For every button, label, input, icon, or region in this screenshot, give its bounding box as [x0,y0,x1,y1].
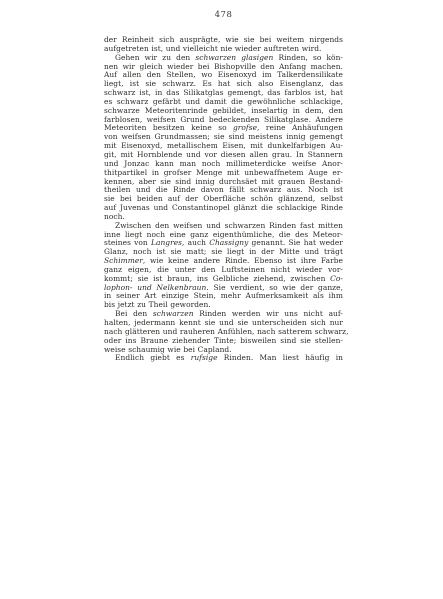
italic-text: schwarzen glasigen [195,53,273,62]
italic-text: grofse [233,123,257,132]
book-page: 478 der Reinheit sich ausprägte, wie sie… [0,0,443,599]
italic-text: Co- [330,274,343,283]
text-line: Endlich giebt es rufsige Rinden. Man lie… [104,354,343,363]
italic-text: rufsige [191,353,218,362]
italic-text: schwarzen [153,309,194,318]
italic-text: Langres [151,238,182,247]
text-block: der Reinheit sich ausprägte, wie sie bei… [104,36,343,363]
page-number: 478 [104,10,343,20]
italic-text: Schimmer [104,256,143,265]
italic-text: Chassigny [209,238,248,247]
text-line: auf Juvenas und Constantinopel glänzt di… [104,204,343,213]
italic-text: lophon- und Nelkenbraun [104,283,206,292]
